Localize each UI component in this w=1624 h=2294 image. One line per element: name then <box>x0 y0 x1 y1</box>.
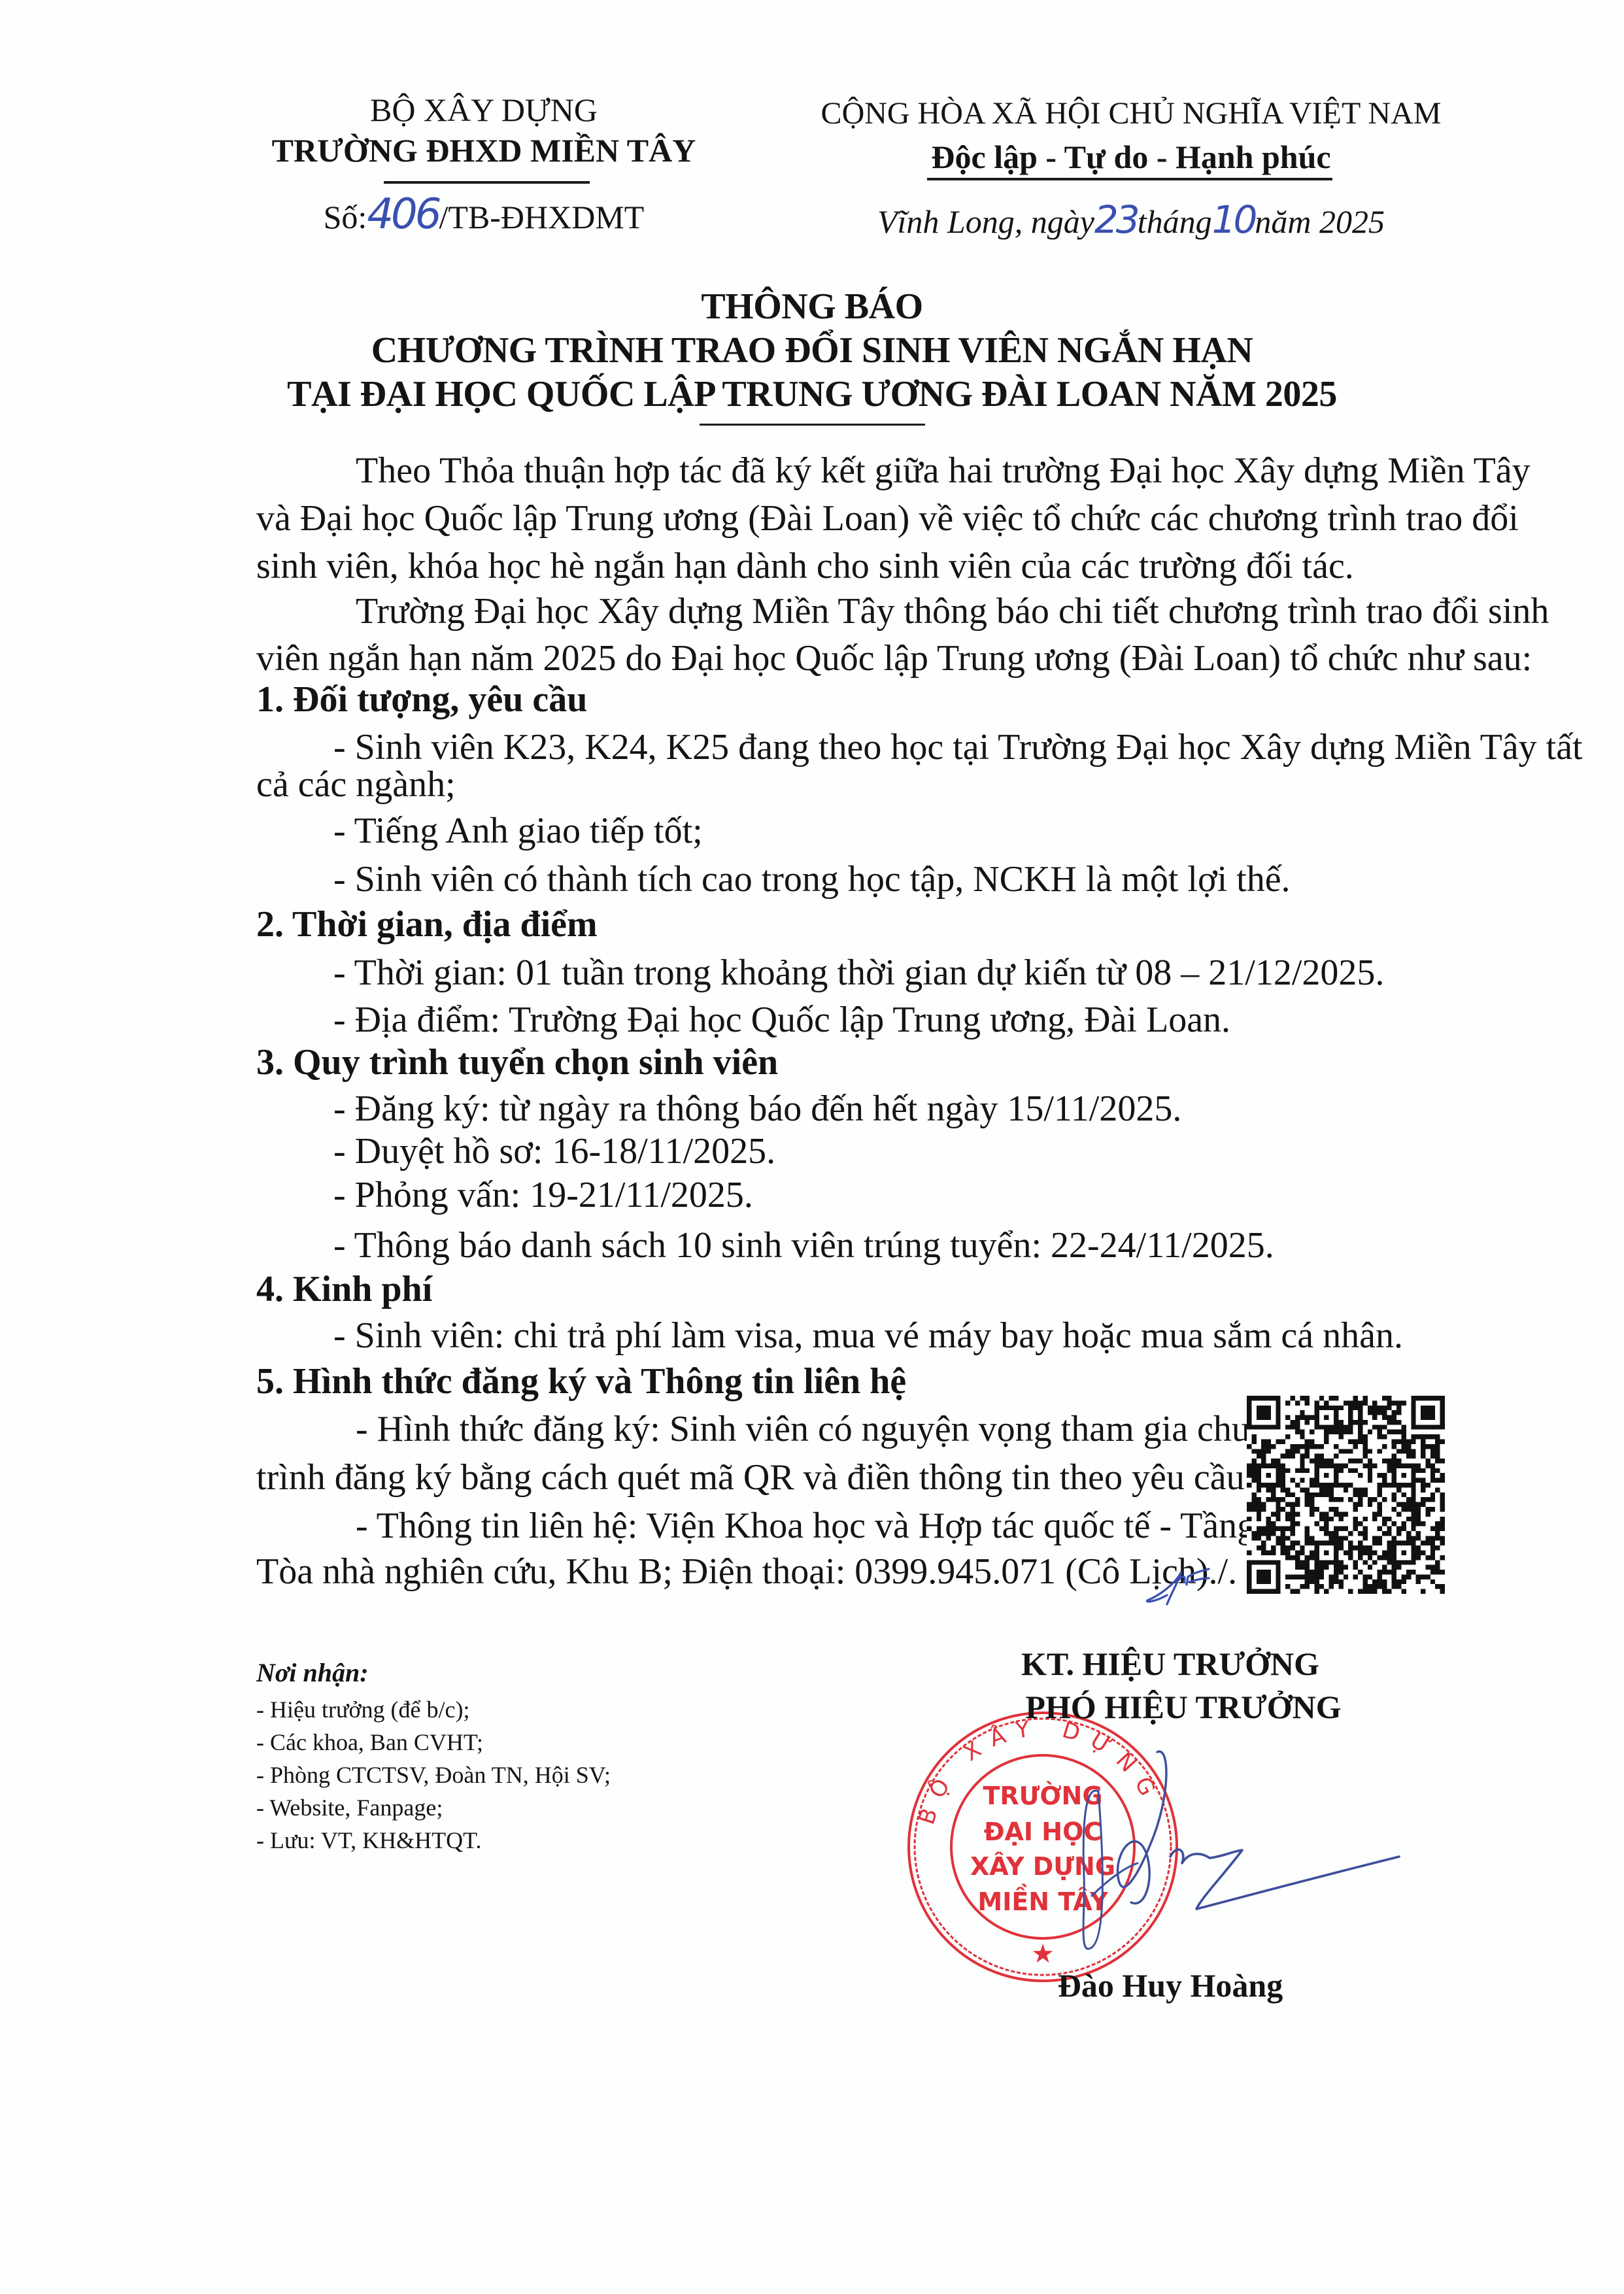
number-suffix: /TB-ĐHXDMT <box>439 199 644 235</box>
section-1-item: cả các ngành; <box>256 764 1464 805</box>
handwritten-initials <box>1141 1562 1213 1608</box>
section-3-item: - Thông báo danh sách 10 sinh viên trúng… <box>333 1224 1464 1266</box>
date-year-label: năm 2025 <box>1255 203 1385 240</box>
motto-underline <box>927 178 1332 180</box>
qr-code-icon[interactable] <box>1247 1396 1445 1594</box>
section-5-item: - Thông tin liên hệ: Viện Khoa học và Hợ… <box>356 1505 1225 1547</box>
handwritten-signature <box>1007 1746 1412 1968</box>
document-number: Số:406/TB-ĐHXDMT <box>255 195 713 237</box>
section-3-heading: 3. Quy trình tuyển chọn sinh viên <box>256 1041 1464 1083</box>
country-name: CỘNG HÒA XÃ HỘI CHỦ NGHĨA VIỆT NAM <box>798 94 1464 133</box>
document-type: THÔNG BÁO <box>0 285 1624 329</box>
title-underline <box>700 424 925 426</box>
handwritten-number: 406 <box>367 190 439 239</box>
national-motto: Độc lập - Tự do - Hạnh phúc <box>798 137 1464 177</box>
document-title-line1: CHƯƠNG TRÌNH TRAO ĐỔI SINH VIÊN NGẮN HẠN <box>0 329 1624 373</box>
section-3-item: - Duyệt hồ sơ: 16-18/11/2025. <box>333 1130 1464 1172</box>
section-4-heading: 4. Kinh phí <box>256 1268 1464 1310</box>
recipients-title: Nơi nhận: <box>256 1657 369 1688</box>
section-3-item: - Đăng ký: từ ngày ra thông báo đến hết … <box>333 1088 1464 1130</box>
section-1-item: - Tiếng Anh giao tiếp tốt; <box>333 810 1464 852</box>
section-2-item: - Địa điểm: Trường Đại học Quốc lập Trun… <box>333 999 1464 1041</box>
section-1-item: - Sinh viên có thành tích cao trong học … <box>333 858 1464 900</box>
recipient-item: - Các khoa, Ban CVHT; <box>256 1726 483 1759</box>
section-2-item: - Thời gian: 01 tuần trong khoảng thời g… <box>333 952 1464 994</box>
intro-p2-line1: Trường Đại học Xây dựng Miền Tây thông b… <box>356 590 1464 632</box>
section-5-item: - Hình thức đăng ký: Sinh viên có nguyện… <box>356 1408 1225 1450</box>
ministry-name: BỘ XÂY DỰNG <box>255 90 713 129</box>
section-3-item: - Phỏng vấn: 19-21/11/2025. <box>333 1174 1464 1216</box>
intro-p2-line2: viên ngắn hạn năm 2025 do Đại học Quốc l… <box>256 637 1464 679</box>
document-title-line2: TẠI ĐẠI HỌC QUỐC LẬP TRUNG ƯƠNG ĐÀI LOAN… <box>0 373 1624 416</box>
recipient-item: - Phòng CTCTSV, Đoàn TN, Hội SV; <box>256 1759 611 1791</box>
signature-title: PHÓ HIỆU TRƯỞNG <box>987 1688 1379 1726</box>
school-name: TRƯỜNG ĐHXD MIỀN TÂY <box>255 131 713 170</box>
signature-authority: KT. HIỆU TRƯỞNG <box>974 1645 1366 1683</box>
handwritten-month: 10 <box>1212 197 1255 242</box>
section-1-item: - Sinh viên K23, K24, K25 đang theo học … <box>333 726 1464 768</box>
date-prefix: Vĩnh Long, ngày <box>877 203 1094 240</box>
intro-p1-line2: và Đại học Quốc lập Trung ương (Đài Loan… <box>256 498 1464 539</box>
school-underline <box>384 181 590 184</box>
recipient-item: - Website, Fanpage; <box>256 1791 443 1824</box>
recipient-item: - Lưu: VT, KH&HTQT. <box>256 1824 481 1857</box>
intro-p1-line3: sinh viên, khóa học hè ngắn hạn dành cho… <box>256 545 1464 587</box>
number-prefix: Số: <box>324 199 367 235</box>
signer-name: Đào Huy Hoàng <box>974 1966 1366 2004</box>
issue-date: Vĩnh Long, ngày23tháng10năm 2025 <box>798 200 1464 241</box>
intro-p1-line1: Theo Thỏa thuận hợp tác đã ký kết giữa h… <box>356 450 1464 492</box>
section-4-item: - Sinh viên: chi trả phí làm visa, mua v… <box>333 1315 1464 1357</box>
handwritten-day: 23 <box>1094 197 1138 242</box>
section-2-heading: 2. Thời gian, địa điểm <box>256 903 1464 945</box>
date-month-label: tháng <box>1138 203 1212 240</box>
section-1-heading: 1. Đối tượng, yêu cầu <box>256 679 1464 720</box>
recipient-item: - Hiệu trưởng (để b/c); <box>256 1693 469 1726</box>
